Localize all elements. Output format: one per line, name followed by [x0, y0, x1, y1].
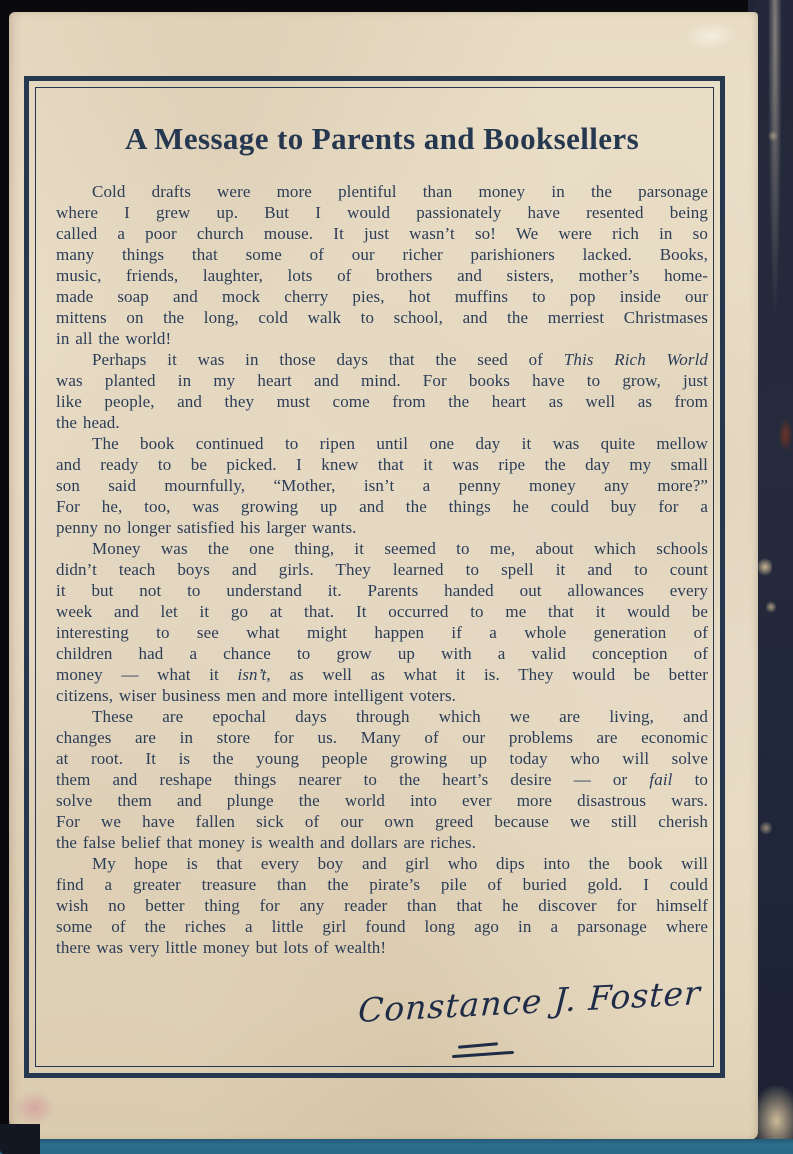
dust-jacket-back-panel: A Message to Parents and Booksellers Col… — [9, 12, 758, 1140]
pink-smudge — [12, 1090, 56, 1126]
paragraph: The book continued to ripen until one da… — [56, 433, 708, 538]
text-line: Cold drafts were more plentiful than mon… — [56, 181, 708, 202]
text-line: called a poor church mouse. It just wasn… — [56, 223, 708, 244]
author-signature-block: Constance J. Foster — [352, 980, 672, 1064]
worn-corner-patch — [752, 1086, 793, 1144]
text-line: didn’t teach boys and girls. They learne… — [56, 559, 708, 580]
text-line: These are epochal days through which we … — [56, 706, 708, 727]
paragraph: Perhaps it was in those days that the se… — [56, 349, 708, 433]
text-line: changes are in store for us. Many of our… — [56, 727, 708, 748]
text-line: made soap and mock cherry pies, hot muff… — [56, 286, 708, 307]
text-line: there was very little money but lots of … — [56, 937, 708, 958]
text-line: where I grew up. But I would passionatel… — [56, 202, 708, 223]
text-line: Perhaps it was in those days that the se… — [56, 349, 708, 370]
signature-flourish-line — [452, 1051, 514, 1058]
text-line: at root. It is the young people growing … — [56, 748, 708, 769]
text-line: citizens, wiser business men and more in… — [56, 685, 708, 706]
text-line: the false belief that money is wealth an… — [56, 832, 708, 853]
text-line: and ready to be picked. I knew that it w… — [56, 454, 708, 475]
message-paragraphs: Cold drafts were more plentiful than mon… — [56, 181, 708, 958]
text-line: wish no better thing for any reader than… — [56, 895, 708, 916]
text-line: music, friends, laughter, lots of brothe… — [56, 265, 708, 286]
text-line: Money was the one thing, it seemed to me… — [56, 538, 708, 559]
text-line: My hope is that every boy and girl who d… — [56, 853, 708, 874]
message-text-column: A Message to Parents and Booksellers Col… — [29, 81, 720, 1073]
wear-spot — [758, 556, 772, 578]
text-line: was planted in my heart and mind. For bo… — [56, 370, 708, 391]
text-line: the head. — [56, 412, 708, 433]
text-line: them and reshape things nearer to the he… — [56, 769, 708, 790]
page-title: A Message to Parents and Booksellers — [56, 121, 708, 157]
wear-spot — [760, 820, 772, 836]
text-line: like people, and they must come from the… — [56, 391, 708, 412]
paragraph: These are epochal days through which we … — [56, 706, 708, 853]
wear-spot — [766, 600, 776, 614]
signature-flourish-line — [458, 1042, 498, 1048]
author-signature: Constance J. Foster — [357, 973, 702, 1030]
text-line: in all the world! — [56, 328, 708, 349]
paper-wrinkle — [684, 19, 739, 52]
text-line: week and let it go at that. It occurred … — [56, 601, 708, 622]
text-line: For he, too, was growing up and the thin… — [56, 496, 708, 517]
paragraph: My hope is that every boy and girl who d… — [56, 853, 708, 958]
paragraph: Money was the one thing, it seemed to me… — [56, 538, 708, 706]
stain-spot — [778, 418, 793, 452]
text-line: interesting to see what might happen if … — [56, 622, 708, 643]
text-line: money — what it isn’t, as well as what i… — [56, 664, 708, 685]
text-line: For we have fallen sick of our own greed… — [56, 811, 708, 832]
text-line: solve them and plunge the world into eve… — [56, 790, 708, 811]
text-line: mittens on the long, cold walk to school… — [56, 307, 708, 328]
paragraph: Cold drafts were more plentiful than mon… — [56, 181, 708, 349]
text-line: many things that some of our richer pari… — [56, 244, 708, 265]
wear-spot — [768, 130, 778, 142]
text-line: it but not to understand it. Parents han… — [56, 580, 708, 601]
text-line: The book continued to ripen until one da… — [56, 433, 708, 454]
text-line: penny no longer satisfied his larger wan… — [56, 517, 708, 538]
printed-border-frame: A Message to Parents and Booksellers Col… — [24, 76, 725, 1078]
text-line: some of the riches a little girl found l… — [56, 916, 708, 937]
text-line: son said mournfully, “Mother, isn’t a pe… — [56, 475, 708, 496]
text-line: children had a chance to grow up with a … — [56, 643, 708, 664]
text-line: find a greater treasure than the pirate’… — [56, 874, 708, 895]
shadow-bottom-left-corner — [0, 1124, 40, 1154]
book-cloth-bottom-strip — [0, 1139, 793, 1154]
